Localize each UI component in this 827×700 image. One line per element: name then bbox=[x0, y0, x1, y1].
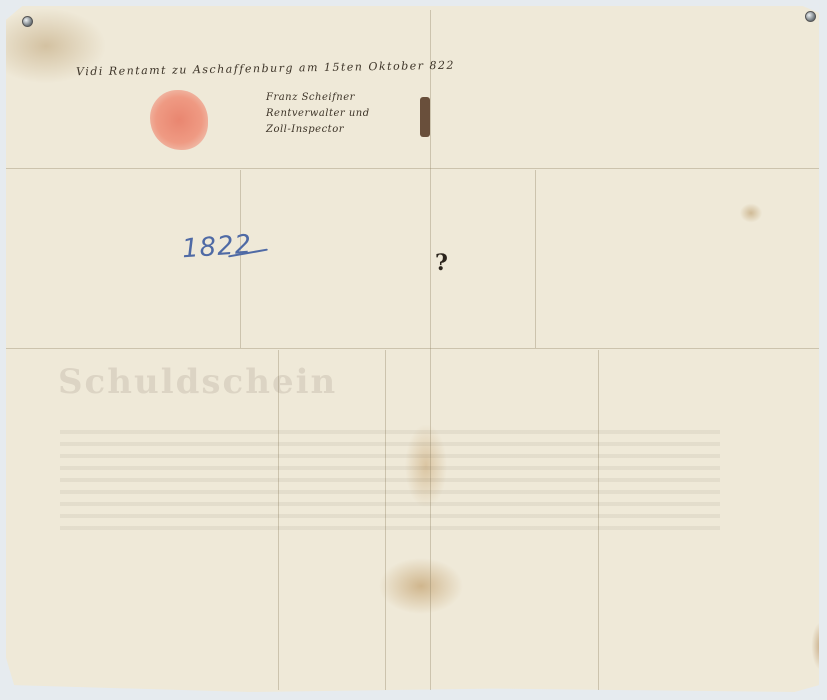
year-annotation: 1822 bbox=[181, 230, 253, 265]
red-seal bbox=[150, 90, 208, 150]
signature-line: Franz Scheifner bbox=[266, 92, 355, 103]
signature-line: Zoll-Inspector bbox=[266, 124, 344, 135]
faint-print-heading: Schuldschein bbox=[58, 362, 337, 402]
ink-blot bbox=[420, 97, 430, 137]
pin-icon bbox=[805, 11, 816, 22]
document-paper bbox=[6, 6, 819, 692]
mark-annotation: ? bbox=[435, 250, 448, 276]
fold-line bbox=[6, 348, 819, 349]
pin-icon bbox=[22, 16, 33, 27]
fold-line bbox=[535, 170, 536, 348]
fold-line bbox=[430, 10, 431, 690]
signature-line: Rentverwalter und bbox=[266, 108, 370, 119]
faint-print-text bbox=[60, 430, 720, 530]
fold-line bbox=[6, 168, 819, 169]
